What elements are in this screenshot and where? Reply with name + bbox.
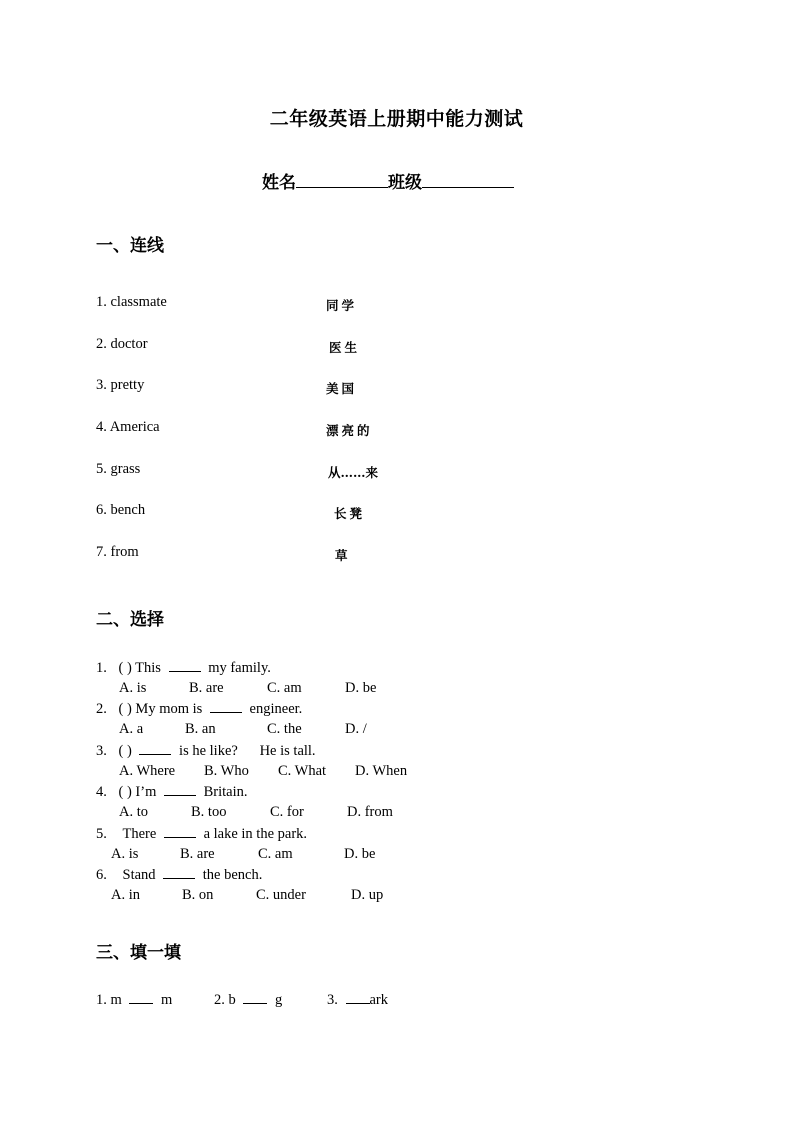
fill-item-1: 1. m m [96, 992, 172, 1009]
option-a: A. is [119, 680, 146, 697]
option-a: A. a [119, 721, 143, 738]
question-text-after: Britain. [204, 784, 248, 800]
option-a: A. in [111, 887, 140, 904]
option-b: B. an [185, 721, 216, 738]
option-a: A. to [119, 804, 148, 821]
question-blank [164, 794, 196, 796]
name-blank[interactable] [296, 186, 388, 188]
match-english-7: 7. from [96, 544, 139, 561]
match-english-4: 4. America [96, 419, 160, 436]
fill-prefix: m [111, 992, 122, 1008]
question-number: 1. [96, 660, 107, 676]
question-number: 5. [96, 826, 107, 842]
section-heading-choice: 二、选择 [96, 605, 164, 630]
option-d: D. from [347, 804, 393, 821]
question-text-after: a lake in the park. [204, 826, 307, 842]
question-text-before: There [123, 826, 157, 842]
section-heading-matching: 一、连线 [96, 231, 164, 256]
option-d: D. be [345, 680, 376, 697]
option-b: B. on [182, 887, 213, 904]
fill-number: 1. [96, 992, 107, 1008]
question-blank [139, 753, 171, 755]
question-text-after: the bench. [203, 867, 263, 883]
question-2: 2. ( ) My mom is engineer. [96, 701, 302, 718]
fill-suffix: m [161, 992, 172, 1008]
question-text-after: engineer. [250, 701, 303, 717]
option-d: D. When [355, 763, 407, 780]
option-c: C. under [256, 887, 306, 904]
option-c: C. What [278, 763, 326, 780]
answer-paren[interactable]: ( ) [119, 660, 132, 676]
fill-item-3: 3. ark [327, 992, 388, 1009]
name-class-line: 姓名班级 [262, 168, 514, 193]
option-c: C. am [258, 846, 293, 863]
option-a: A. Where [119, 763, 175, 780]
option-c: C. the [267, 721, 302, 738]
fill-number: 2. [214, 992, 225, 1008]
question-blank [164, 836, 196, 838]
match-chinese-7: 草 [335, 546, 351, 564]
question-5: 5. There a lake in the park. [96, 826, 307, 843]
answer-paren[interactable]: ( ) [119, 743, 132, 759]
option-d: D. / [345, 721, 367, 738]
question-4: 4. ( ) I’m Britain. [96, 784, 248, 801]
fill-prefix: b [229, 992, 236, 1008]
question-blank [169, 670, 201, 672]
match-chinese-6: 长凳 [334, 504, 365, 522]
name-label: 姓名 [262, 173, 296, 193]
match-english-1: 1. classmate [96, 294, 167, 311]
class-label: 班级 [388, 173, 422, 193]
question-3: 3. ( ) is he like? He is tall. [96, 743, 316, 760]
match-english-6: 6. bench [96, 502, 145, 519]
question-text-after: my family. [208, 660, 271, 676]
question-text-before: Stand [123, 867, 156, 883]
fill-blank[interactable] [346, 1002, 370, 1004]
option-a: A. is [111, 846, 138, 863]
fill-item-2: 2. b g [214, 992, 282, 1009]
fill-number: 3. [327, 992, 338, 1008]
question-text-before: I’m [135, 784, 156, 800]
match-chinese-4: 漂亮的 [326, 421, 373, 439]
question-blank [210, 711, 242, 713]
question-number: 4. [96, 784, 107, 800]
answer-paren[interactable]: ( ) [119, 784, 132, 800]
answer-paren[interactable]: ( ) [119, 701, 132, 717]
option-d: D. up [351, 887, 383, 904]
question-blank [163, 877, 195, 879]
match-english-2: 2. doctor [96, 336, 148, 353]
match-chinese-3: 美国 [326, 379, 357, 397]
option-d: D. be [344, 846, 375, 863]
fill-blank[interactable] [129, 1002, 153, 1004]
match-chinese-1: 同学 [326, 296, 357, 314]
match-english-3: 3. pretty [96, 377, 144, 394]
option-b: B. are [189, 680, 224, 697]
question-6: 6. Stand the bench. [96, 867, 262, 884]
match-english-5: 5. grass [96, 461, 140, 478]
section-heading-fill: 三、填一填 [96, 938, 181, 963]
page-title: 二年级英语上册期中能力测试 [0, 104, 793, 131]
fill-suffix: g [275, 992, 282, 1008]
option-b: B. too [191, 804, 226, 821]
option-b: B. Who [204, 763, 249, 780]
question-1: 1. ( ) This my family. [96, 660, 271, 677]
question-number: 2. [96, 701, 107, 717]
fill-blank[interactable] [243, 1002, 267, 1004]
option-c: C. for [270, 804, 304, 821]
fill-suffix: ark [370, 992, 389, 1008]
question-text-before: My mom is [135, 701, 202, 717]
match-chinese-5: 从……来 [328, 463, 378, 481]
question-text-after: is he like? He is tall. [179, 743, 316, 759]
class-blank[interactable] [422, 186, 514, 188]
option-b: B. are [180, 846, 215, 863]
match-chinese-2: 医生 [329, 338, 360, 356]
question-number: 6. [96, 867, 107, 883]
question-number: 3. [96, 743, 107, 759]
question-text-before: This [135, 660, 161, 676]
option-c: C. am [267, 680, 302, 697]
